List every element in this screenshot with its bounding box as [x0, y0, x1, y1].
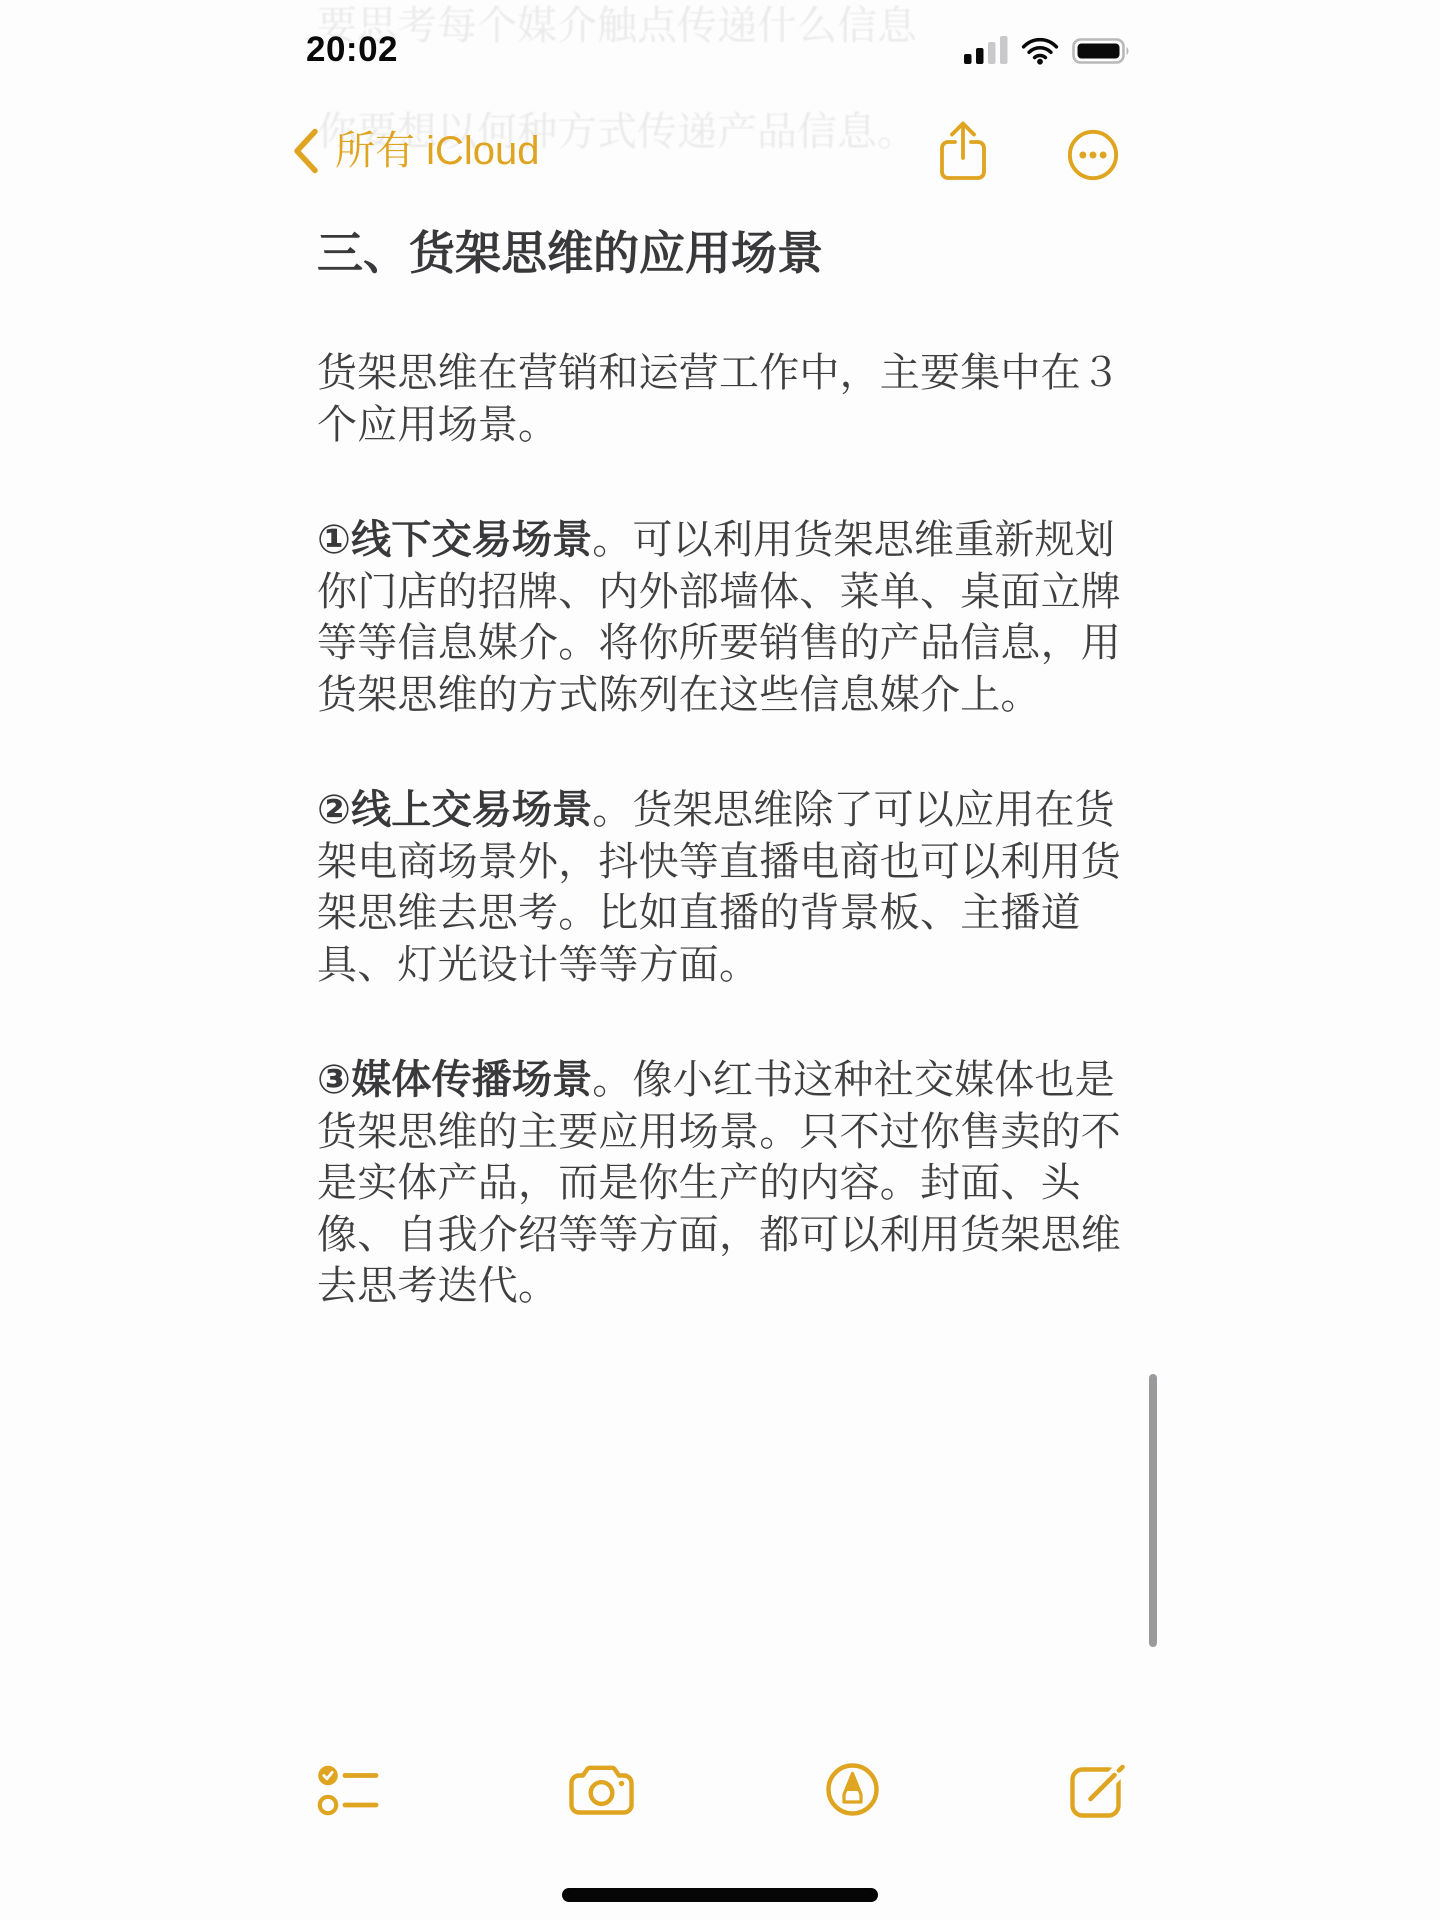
markup-pen-icon [824, 1761, 881, 1818]
bottom-toolbar [0, 1756, 1440, 1826]
scrollbar-thumb[interactable] [1149, 1374, 1157, 1647]
checklist-icon [317, 1762, 380, 1819]
battery-icon [1072, 37, 1132, 65]
paragraph-lead: ③媒体传播场景 [317, 1058, 592, 1102]
note-title: 三、货架思维的应用场景 [317, 222, 1129, 284]
back-button[interactable]: 所有 iCloud [292, 128, 540, 174]
home-indicator[interactable] [562, 1888, 878, 1902]
markup-button[interactable] [824, 1761, 881, 1818]
chevron-left-icon [292, 128, 319, 174]
cellular-signal-icon [964, 36, 1008, 65]
status-bar: 20:02 [0, 0, 1440, 90]
paragraph-text: 货架思维在营销和运营工作中，主要集中在３个应用场景。 [317, 351, 1121, 447]
paragraph-media-scene: ③媒体传播场景。像小红书这种社交媒体也是货架思维的主要应用场景。只不过你售卖的不… [317, 1055, 1129, 1313]
camera-button[interactable] [569, 1764, 634, 1816]
clock-time: 20:02 [306, 30, 398, 70]
note-editor[interactable]: 三、货架思维的应用场景 货架思维在营销和运营工作中，主要集中在３个应用场景。 ①… [317, 222, 1129, 1377]
notes-app-screen: 要思考每个媒介触点传递什么信息 你要想以何种方式传递产品信息。 20:02 [0, 0, 1440, 1920]
back-button-label: 所有 iCloud [335, 128, 540, 174]
nav-bar: 所有 iCloud [0, 118, 1440, 188]
paragraph-intro: 货架思维在营销和运营工作中，主要集中在３个应用场景。 [317, 348, 1129, 451]
wifi-icon [1021, 37, 1059, 65]
checklist-button[interactable] [317, 1762, 380, 1819]
compose-button[interactable] [1068, 1756, 1128, 1818]
camera-icon [569, 1764, 634, 1816]
compose-icon [1068, 1756, 1128, 1818]
share-icon [938, 120, 988, 182]
more-options-button[interactable] [1066, 128, 1120, 182]
share-button[interactable] [938, 120, 988, 182]
ellipsis-circle-icon [1066, 128, 1120, 182]
paragraph-lead: ①线下交易场景 [317, 518, 592, 562]
paragraph-offline-scene: ①线下交易场景。可以利用货架思维重新规划你门店的招牌、内外部墙体、菜单、桌面立牌… [317, 515, 1129, 721]
paragraph-lead: ②线上交易场景 [317, 788, 592, 832]
paragraph-online-scene: ②线上交易场景。货架思维除了可以应用在货架电商场景外，抖快等直播电商也可以利用货… [317, 785, 1129, 991]
